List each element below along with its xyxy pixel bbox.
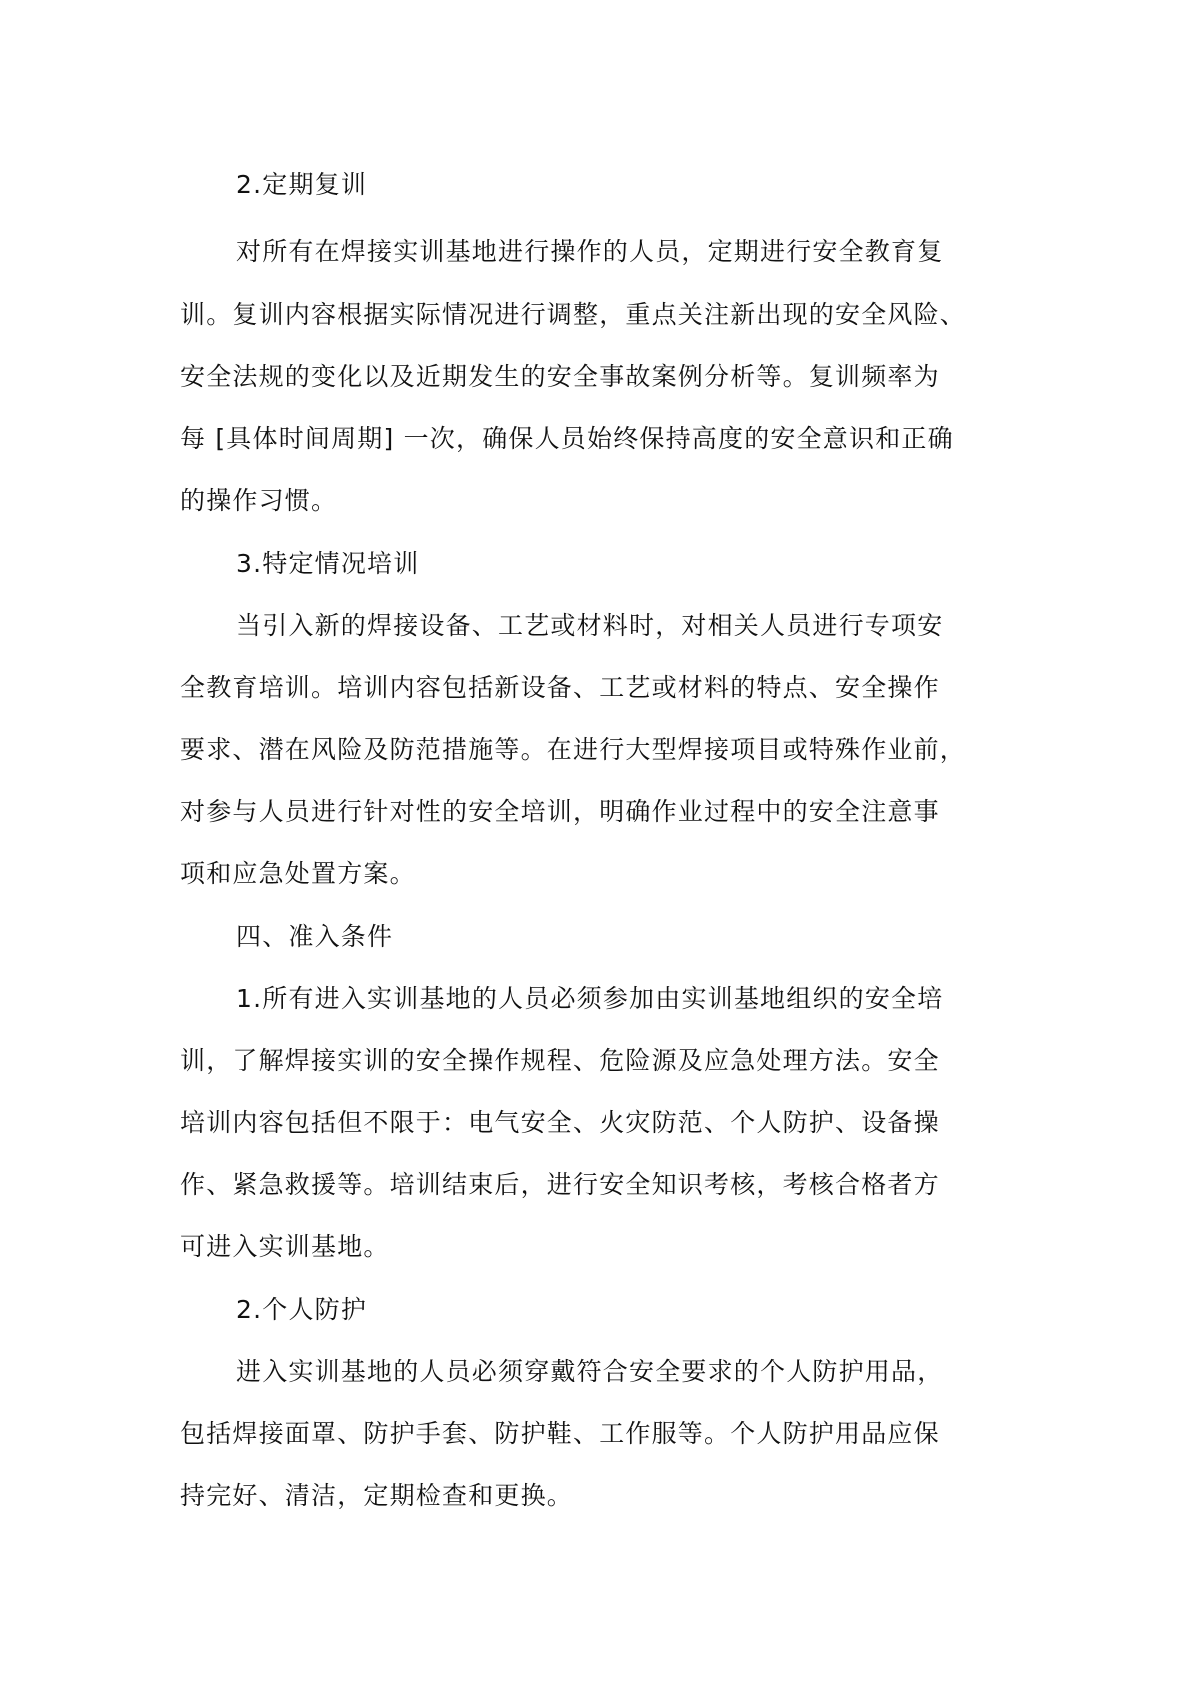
paragraph-line: 可进入实训基地。: [180, 1232, 390, 1262]
document-page: 2.定期复训 对所有在焊接实训基地进行操作的人员，定期进行安全教育复 训。复训内…: [0, 0, 1190, 1683]
paragraph-line: 培训内容包括但不限于：电气安全、火灾防范、个人防护、设备操: [180, 1108, 940, 1138]
paragraph-line: 要求、潜在风险及防范措施等。在进行大型焊接项目或特殊作业前，: [180, 735, 966, 765]
paragraph-line: 进入实训基地的人员必须穿戴符合安全要求的个人防护用品，: [236, 1357, 943, 1387]
heading-special-training: 3.特定情况培训: [236, 549, 419, 579]
paragraph-line: 全教育培训。培训内容包括新设备、工艺或材料的特点、安全操作: [180, 673, 940, 703]
paragraph-line: 的操作习惯。: [180, 486, 337, 516]
paragraph-line: 安全法规的变化以及近期发生的安全事故案例分析等。复训频率为: [180, 362, 940, 392]
section-heading-access-conditions: 四、准入条件: [236, 922, 393, 952]
paragraph-line: 1.所有进入实训基地的人员必须参加由实训基地组织的安全培: [236, 984, 943, 1014]
paragraph-line: 对所有在焊接实训基地进行操作的人员，定期进行安全教育复: [236, 237, 943, 267]
paragraph-line: 对参与人员进行针对性的安全培训，明确作业过程中的安全注意事: [180, 797, 940, 827]
heading-periodic-retraining: 2.定期复训: [236, 170, 367, 200]
paragraph-line: 作、紧急救援等。培训结束后，进行安全知识考核，考核合格者方: [180, 1170, 940, 1200]
paragraph-line: 训。复训内容根据实际情况进行调整，重点关注新出现的安全风险、: [180, 300, 966, 330]
paragraph-line: 项和应急处置方案。: [180, 859, 416, 889]
paragraph-line: 训，了解焊接实训的安全操作规程、危险源及应急处理方法。安全: [180, 1046, 940, 1076]
heading-personal-protection: 2.个人防护: [236, 1295, 367, 1325]
paragraph-line: 当引入新的焊接设备、工艺或材料时，对相关人员进行专项安: [236, 611, 943, 641]
paragraph-line: 包括焊接面罩、防护手套、防护鞋、工作服等。个人防护用品应保: [180, 1419, 940, 1449]
paragraph-line: 每 [具体时间周期] 一次，确保人员始终保持高度的安全意识和正确: [180, 424, 954, 454]
paragraph-line: 持完好、清洁，定期检查和更换。: [180, 1481, 573, 1511]
